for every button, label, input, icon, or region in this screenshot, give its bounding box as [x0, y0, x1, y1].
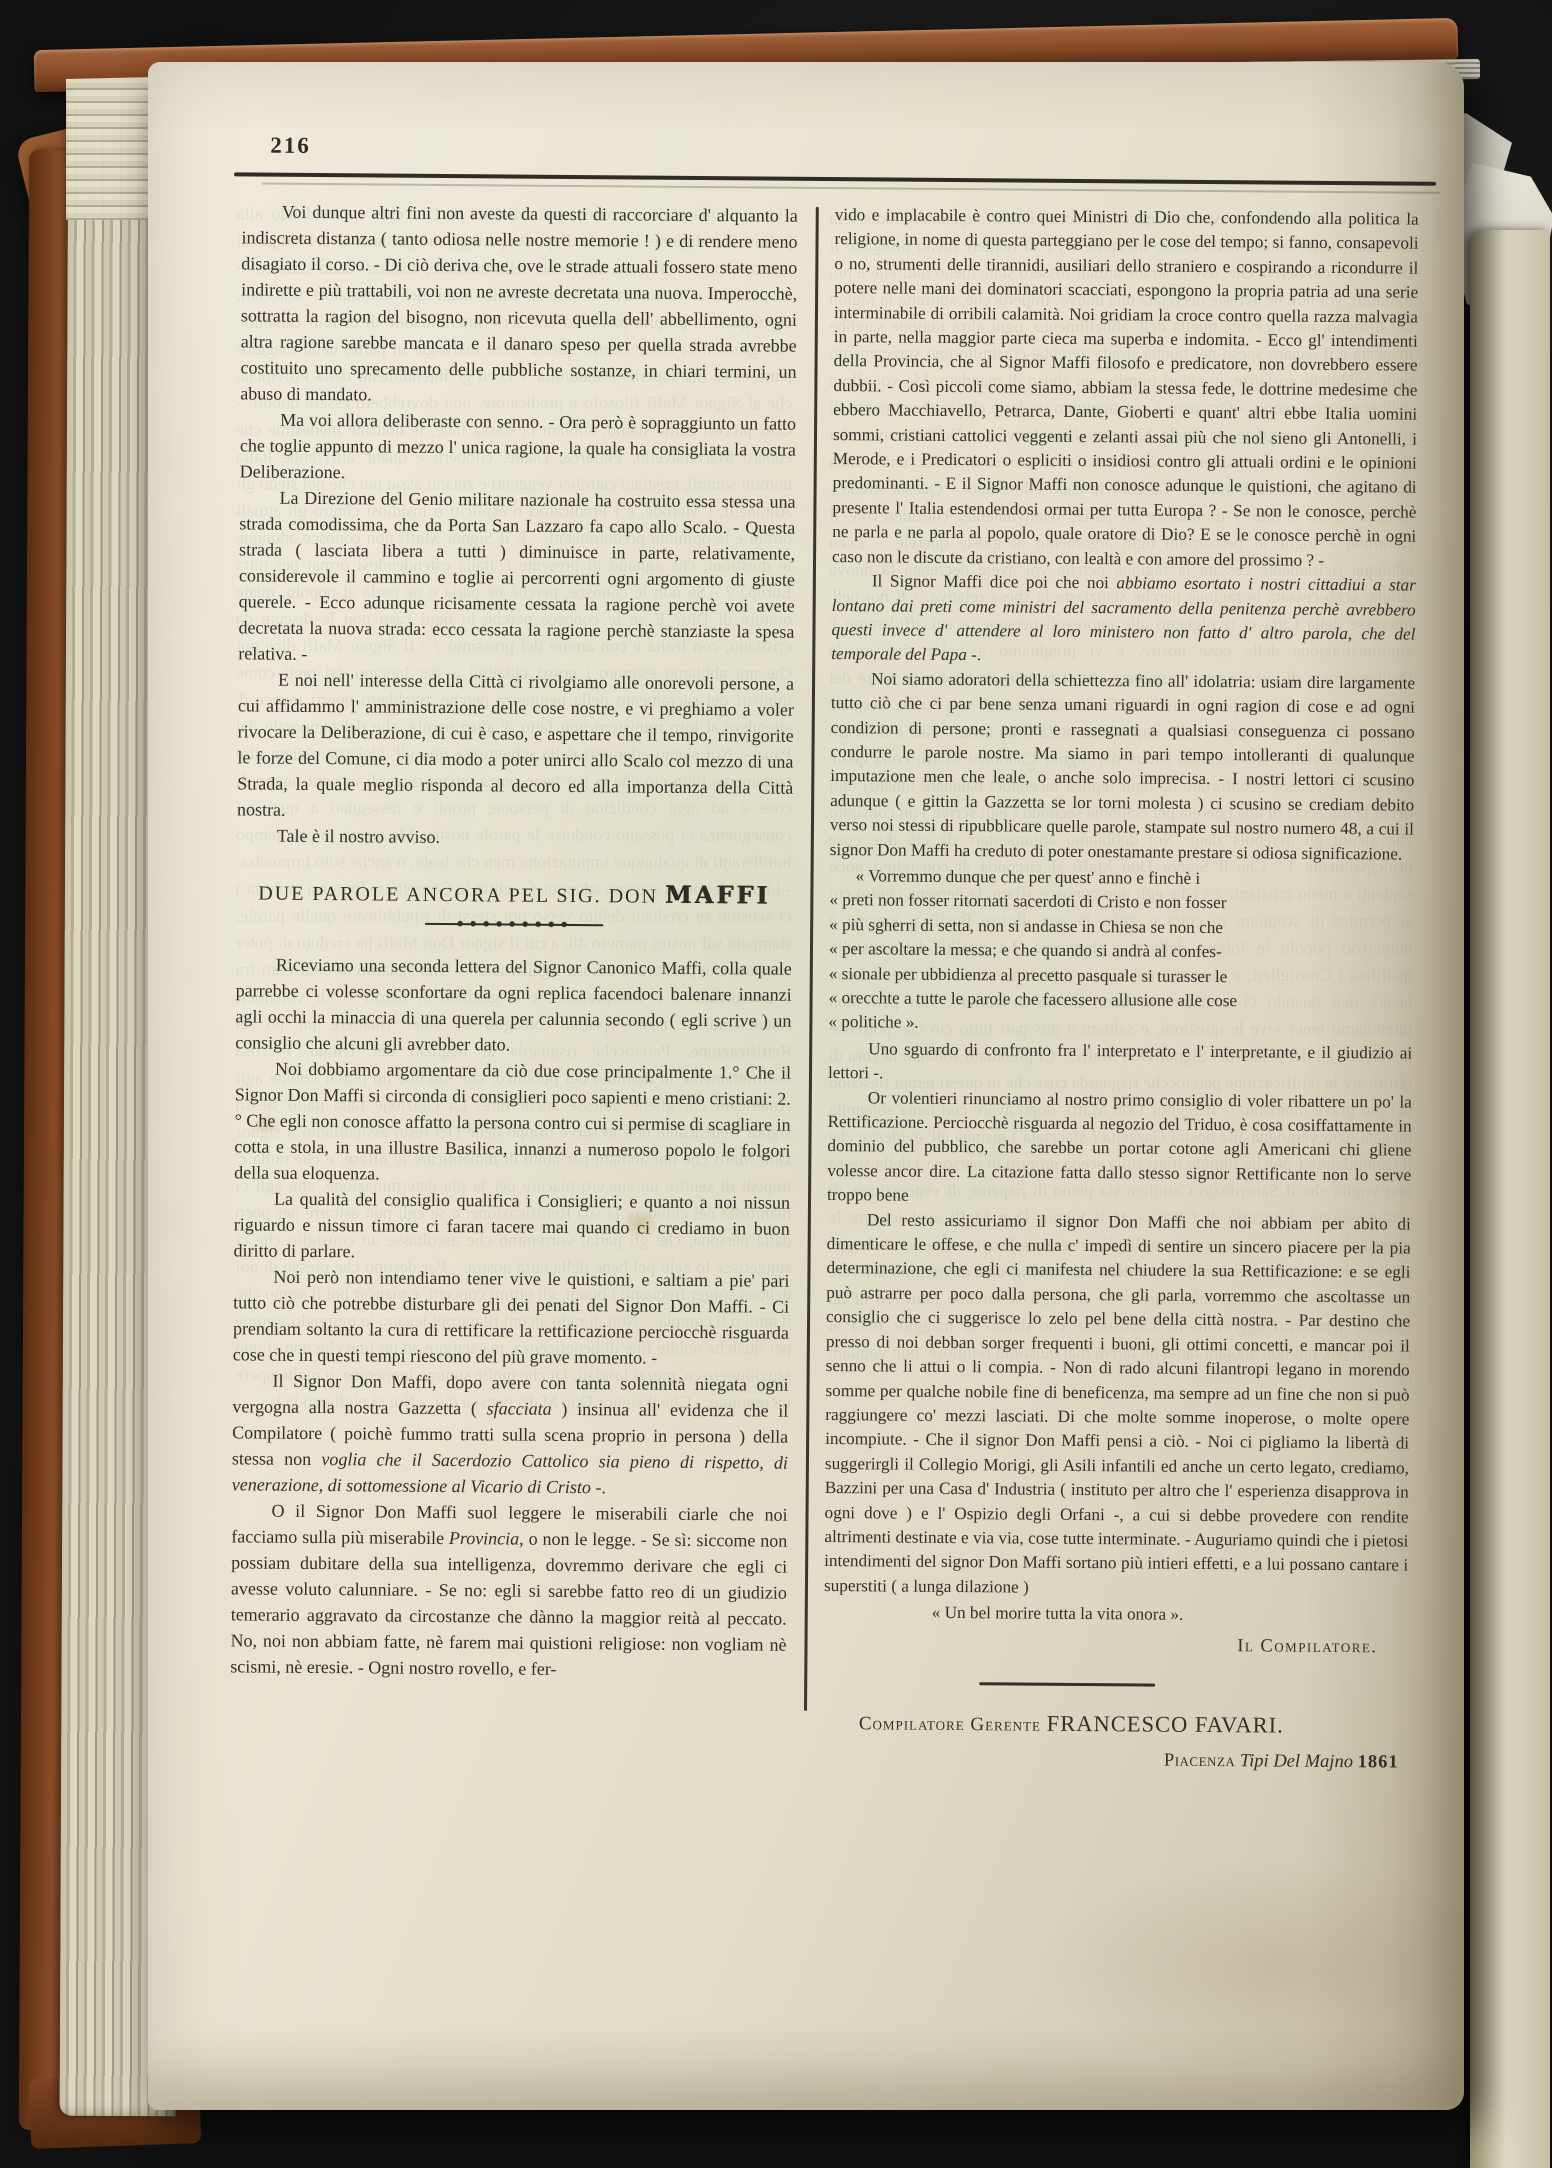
text-run: Voi dunque altri fini non aveste da ques…: [240, 202, 798, 405]
right-column: Voi dunque altri fini non aveste da ques…: [823, 203, 1419, 1775]
verse-line: « Un bel morire tutta la vita onora ».: [824, 1600, 1408, 1629]
gerente-name: FRANCESCO FAVARI.: [1047, 1711, 1284, 1738]
text-run: -.: [967, 645, 981, 664]
paragraph: Ma voi allora deliberaste con senno. - O…: [240, 406, 797, 488]
text-run: sfacciata: [487, 1398, 552, 1419]
paragraph: Il Signor Maffi dice poi che noi abbiamo…: [831, 569, 1416, 671]
paragraph: Del resto assicuriamo il signor Don Maff…: [824, 1208, 1411, 1603]
left-column-content: Voi dunque altri fini non aveste da ques…: [230, 198, 798, 1683]
paragraph: Noi dobbiamo argomentare da ciò due cose…: [234, 1055, 791, 1189]
text-run: Uno sguardo di confronto fra l' interpre…: [828, 1039, 1412, 1083]
heading-text: DUE PAROLE ANCORA PEL SIG. DON: [258, 883, 665, 908]
gerente-title: Compilatore Gerente: [859, 1713, 1047, 1735]
left-column: vido e implacabile è contro quei Ministr…: [230, 198, 798, 1770]
paragraph: Riceviamo una seconda lettera del Signor…: [235, 951, 792, 1059]
text-run: Il Signor Maffi dice poi che noi: [872, 571, 1117, 592]
text-run: Provincia: [449, 1528, 519, 1549]
ornament-divider: [455, 918, 573, 930]
text-run: Tale è il nostro avviso.: [277, 826, 440, 847]
text-run: Noi siamo adoratori della schiettezza fi…: [830, 669, 1415, 863]
text-run: vido e implacabile è contro quei Ministr…: [832, 205, 1419, 570]
page-content: 216 vido e implacabile è contro quei Min…: [133, 60, 1465, 2118]
paragraph: Uno sguardo di confronto fra l' interpre…: [828, 1037, 1412, 1090]
text-run: Riceviamo una seconda lettera del Signor…: [235, 955, 792, 1055]
text-run: -.: [591, 1477, 606, 1497]
paragraph: vido e implacabile è contro quei Ministr…: [832, 203, 1419, 574]
paragraph: La Direzione del Genio militare nazional…: [238, 484, 795, 670]
photographed-book-page: 216 vido e implacabile è contro quei Min…: [0, 0, 1552, 2168]
paragraph: E noi nell' interesse della Città ci riv…: [237, 666, 794, 826]
text-run: La Direzione del Genio militare nazional…: [238, 488, 795, 664]
paragraph: Tale è il nostro avviso.: [237, 822, 793, 852]
paragraph: O il Signor Don Maffi suol leggere le mi…: [230, 1497, 787, 1683]
header-rule: [234, 172, 1436, 185]
text-run: La qualità del consiglio qualifica i Con…: [234, 1189, 791, 1262]
text-run: Or volentieri rinunciamo al nostro primo…: [827, 1088, 1412, 1205]
text-run: Ma voi allora deliberaste con senno. - O…: [240, 410, 797, 483]
compiler-signature: Il Compilatore.: [823, 1631, 1407, 1660]
imprint-place: Piacenza: [1164, 1751, 1235, 1772]
book-page: 216 vido e implacabile è contro quei Min…: [148, 62, 1464, 2110]
imprint-printer: Tipi Del Majno: [1235, 1752, 1357, 1773]
text-run: Noi però non intendiamo tener vive le qu…: [233, 1267, 790, 1368]
paragraph: Voi dunque altri fini non aveste da ques…: [240, 198, 798, 410]
quoted-passage: « Vorremmo dunque che per quest' anno e …: [828, 864, 1413, 1039]
paragraph: Il Signor Don Maffi, dopo avere con tant…: [232, 1367, 789, 1501]
text-run: Noi dobbiamo argomentare da ciò due cose…: [234, 1059, 791, 1184]
paragraph: Noi siamo adoratori della schiettezza fi…: [830, 667, 1416, 867]
quote-line: « politiche ».: [828, 1010, 1412, 1039]
imprint-line: Piacenza Tipi Del Majno 1861: [823, 1746, 1407, 1775]
imprint-year: 1861: [1358, 1753, 1399, 1773]
text-run: E noi nell' interesse della Città ci riv…: [237, 670, 794, 820]
gerente-line: Compilatore Gerente FRANCESCO FAVARI.: [823, 1710, 1407, 1741]
right-column-content: vido e implacabile è contro quei Ministr…: [823, 203, 1419, 1775]
text-run: Del resto assicuriamo il signor Don Maff…: [824, 1210, 1411, 1596]
paragraph: La qualità del consiglio qualifica i Con…: [234, 1185, 791, 1267]
adjacent-page-edge: [1470, 230, 1550, 2168]
column-divider-rule: [804, 207, 819, 1711]
paragraph: Or volentieri rinunciamo al nostro primo…: [827, 1086, 1412, 1213]
page-number: 216: [270, 133, 311, 159]
footer-rule: [979, 1682, 1155, 1686]
text-columns: vido e implacabile è contro quei Ministr…: [230, 198, 1438, 1775]
article-heading: DUE PAROLE ANCORA PEL SIG. DON MAFFI: [236, 878, 792, 910]
text-run: , o non le legge. - Se sì: siccome non p…: [230, 1529, 787, 1679]
paragraph: Noi però non intendiamo tener vive le qu…: [233, 1263, 790, 1371]
heading-emphasis: MAFFI: [665, 880, 771, 910]
